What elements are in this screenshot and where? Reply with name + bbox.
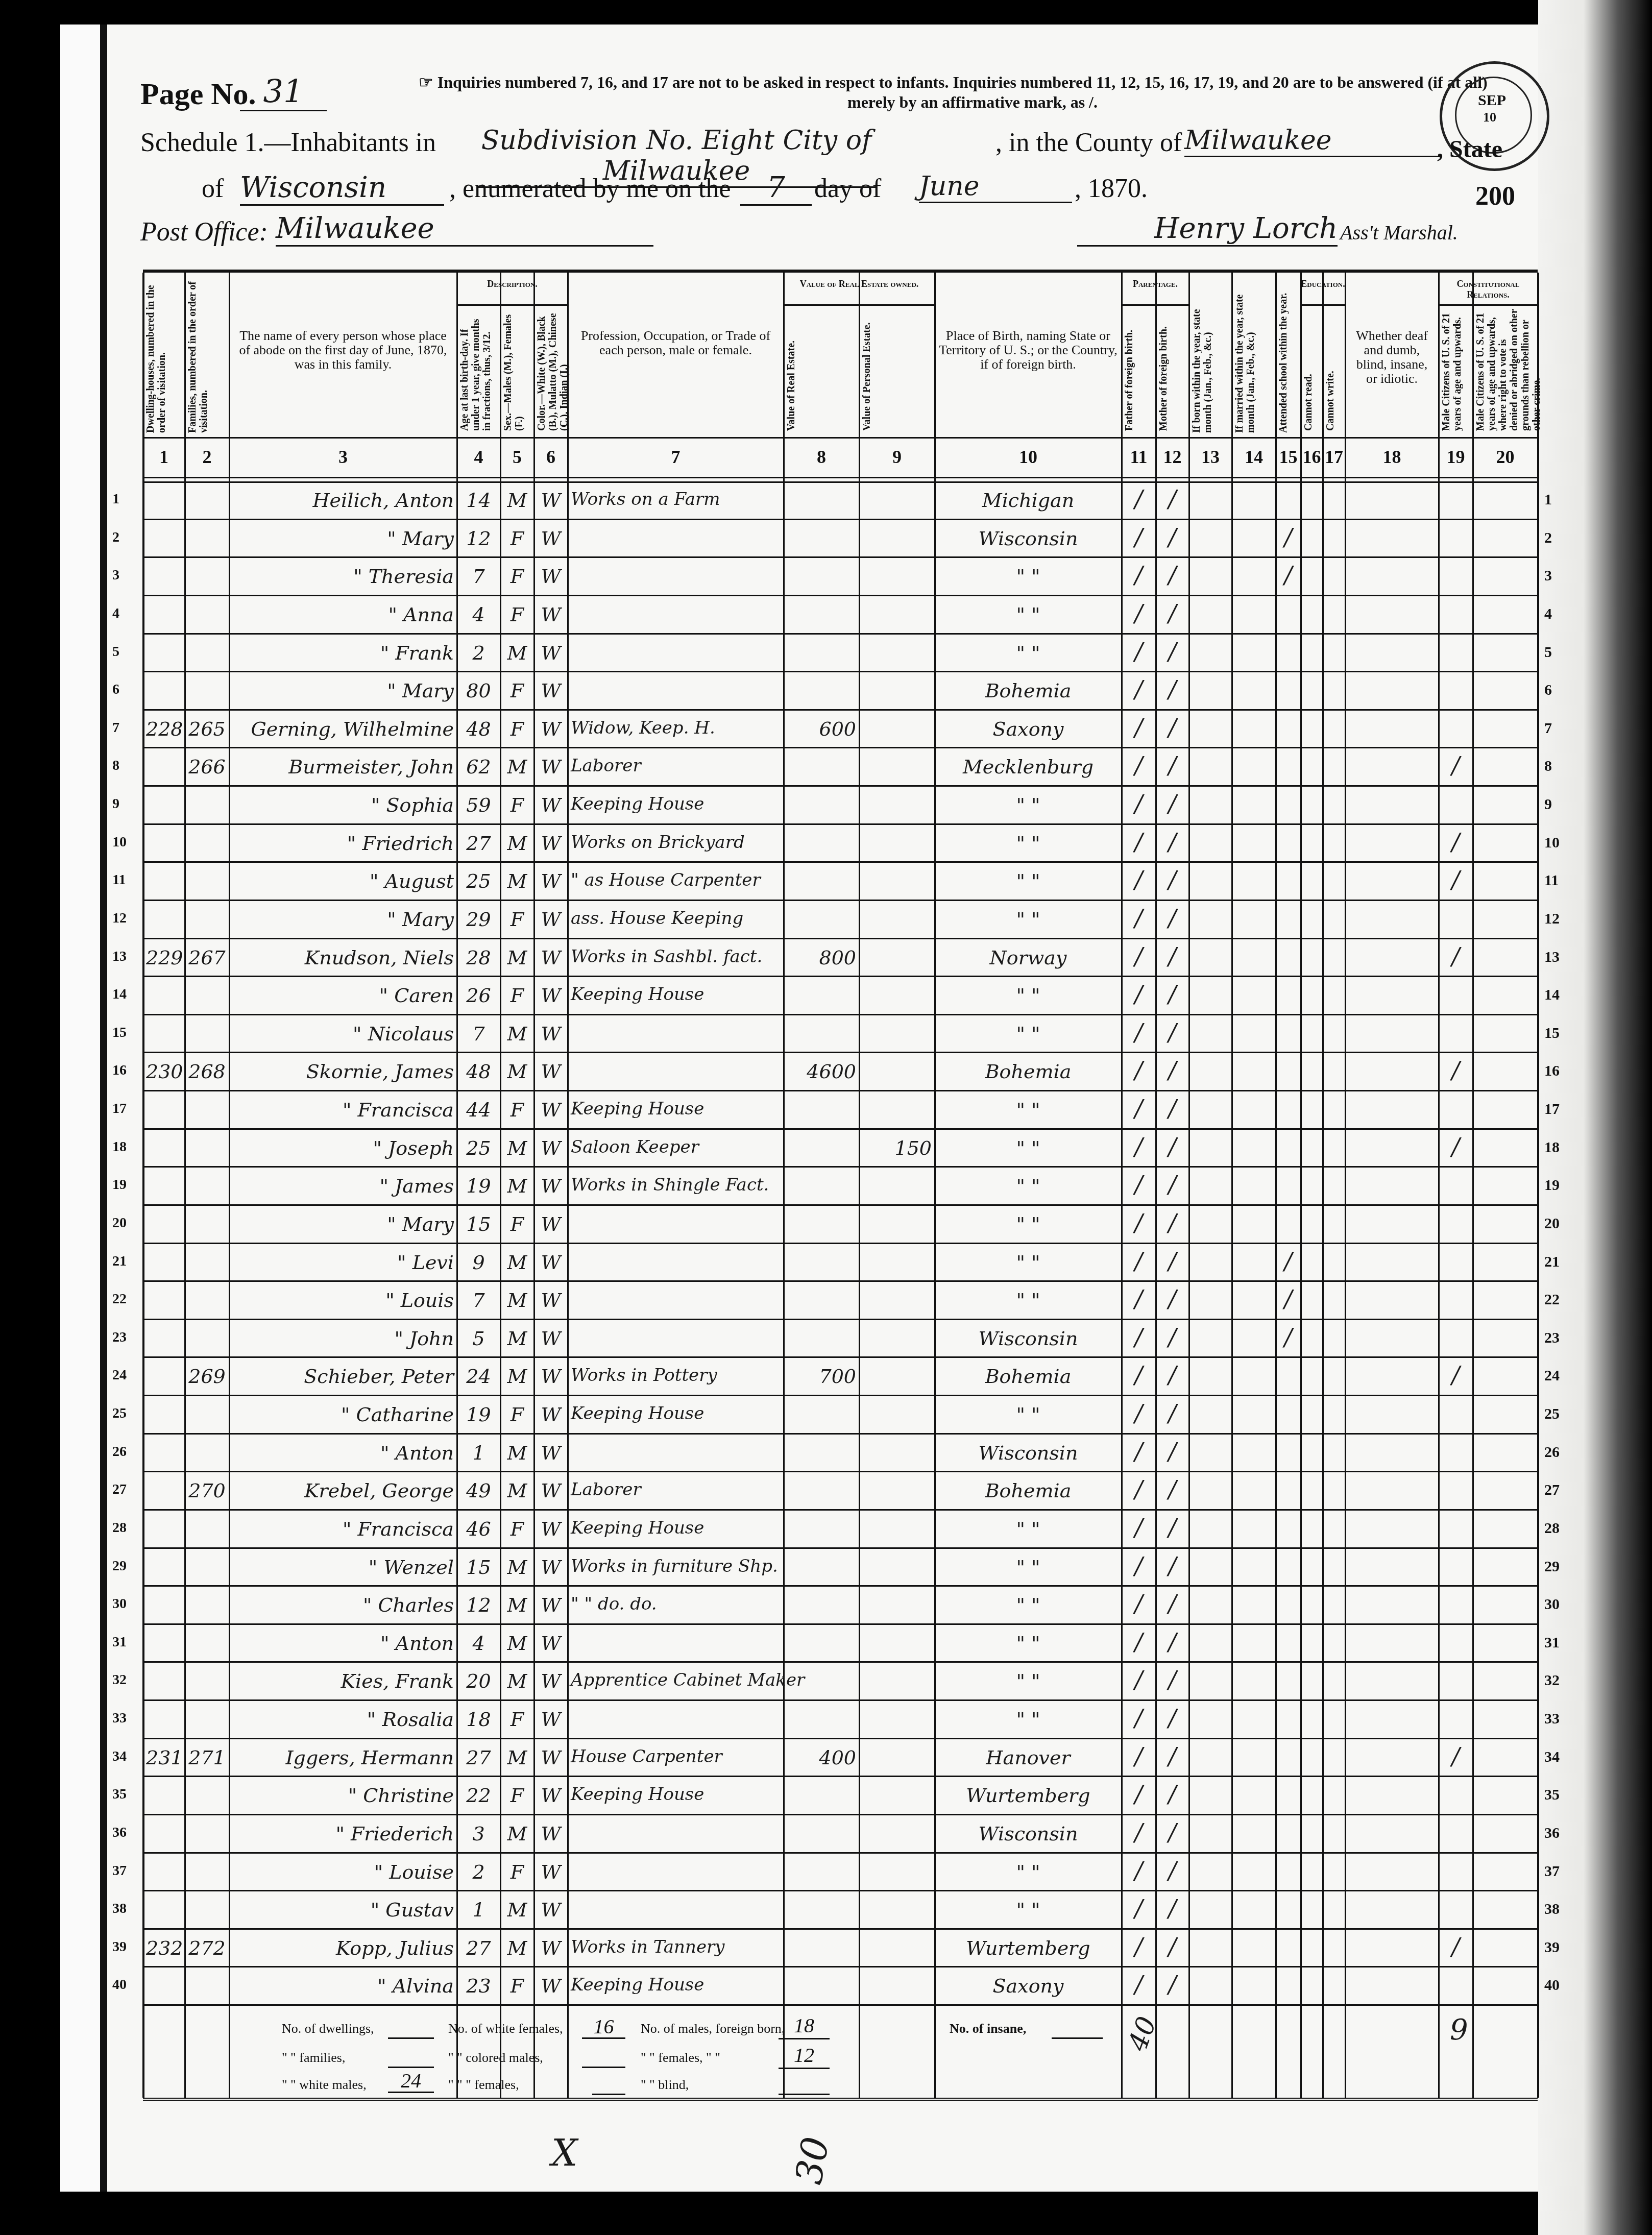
- cell-occupation: Keeping House: [571, 1784, 781, 1805]
- cell-sex: M: [503, 1023, 531, 1045]
- cell-age: 26: [460, 984, 497, 1007]
- column-number-13: 13: [1189, 446, 1232, 474]
- table-row: 3333" Rosalia18FW" "//: [143, 1701, 1538, 1739]
- cell-mother-foreign: /: [1159, 1209, 1186, 1236]
- cell-sex: F: [503, 1975, 531, 1997]
- cell-age: 49: [460, 1479, 497, 1502]
- families-label: " " families,: [282, 2050, 345, 2066]
- cell-sex: M: [503, 1823, 531, 1845]
- cell-father-foreign: /: [1125, 1514, 1153, 1541]
- cell-color: W: [537, 718, 565, 740]
- state-label: , State: [1437, 135, 1502, 163]
- cell-father-foreign: /: [1125, 1552, 1153, 1580]
- cell-name: " Anton: [232, 1442, 454, 1464]
- line-number: 8: [112, 758, 119, 774]
- cell-name: " Louise: [232, 1861, 454, 1883]
- year-label: , 1870.: [1075, 174, 1148, 204]
- cell-name: " Mary: [232, 908, 454, 931]
- cell-birthplace: " ": [938, 1023, 1119, 1045]
- line-number-right: 20: [1544, 1215, 1560, 1232]
- line-number: 23: [112, 1329, 127, 1346]
- cell-color: W: [537, 984, 565, 1007]
- column-group-parentage: Parentage.: [1122, 279, 1189, 306]
- line-number: 27: [112, 1481, 127, 1498]
- cell-father-foreign: /: [1125, 1018, 1153, 1046]
- census-table: Dwelling-houses, numbered in the order o…: [143, 270, 1538, 2101]
- cell-age: 25: [460, 1137, 497, 1159]
- cell-sex: F: [503, 1708, 531, 1731]
- table-row: 3838" Gustav1MW" "//: [143, 1891, 1538, 1930]
- cell-occupation: Laborer: [571, 756, 781, 776]
- cell-citizen: /: [1442, 1742, 1470, 1770]
- table-row: 33" Theresia7FW" "///: [143, 558, 1538, 596]
- cell-name: " August: [232, 870, 454, 892]
- line-number: 21: [112, 1253, 127, 1270]
- cell-birthplace: Saxony: [938, 1975, 1119, 1997]
- cell-mother-foreign: /: [1159, 523, 1186, 551]
- line-number: 29: [112, 1558, 127, 1574]
- table-row: 2828" Francisca46FWKeeping House" "//: [143, 1511, 1538, 1549]
- cell-birthplace: Wisconsin: [938, 1442, 1119, 1464]
- table-row: 1313229267Knudson, Niels28MWWorks in Sas…: [143, 939, 1538, 978]
- cell-name: " Wenzel: [232, 1556, 454, 1578]
- line-number-right: 40: [1544, 1977, 1560, 1994]
- cell-citizen: /: [1442, 751, 1470, 779]
- cell-occupation: " as House Carpenter: [571, 870, 781, 890]
- line-number: 13: [112, 949, 127, 965]
- line-number-right: 38: [1544, 1901, 1560, 1918]
- cell-mother-foreign: /: [1159, 1780, 1186, 1808]
- column-header-8: Value of Real Estate.: [786, 308, 857, 431]
- cell-sex: F: [503, 984, 531, 1007]
- cell-birthplace: Bohemia: [938, 679, 1119, 702]
- cell-age: 7: [460, 1023, 497, 1045]
- cell-real-estate: 800: [787, 946, 856, 969]
- cell-birthplace: " ": [938, 1099, 1119, 1121]
- cell-mother-foreign: /: [1159, 1514, 1186, 1541]
- left-margin-strip: [60, 25, 107, 2192]
- cell-age: 23: [460, 1975, 497, 1997]
- cell-color: W: [537, 1289, 565, 1311]
- table-row: 1414" Caren26FWKeeping House" "//: [143, 977, 1538, 1015]
- cell-birthplace: Wurtemberg: [938, 1937, 1119, 1959]
- cell-color: W: [537, 1784, 565, 1807]
- stamp-month: SEP: [1478, 92, 1506, 109]
- cell-color: W: [537, 1861, 565, 1883]
- column-header-7: Profession, Occupation, or Trade of each…: [572, 329, 780, 357]
- line-number: 5: [112, 644, 119, 660]
- column-header-3: The name of every person whose place of …: [233, 329, 453, 372]
- line-number-right: 27: [1544, 1481, 1560, 1499]
- cell-name: Heilich, Anton: [232, 489, 454, 512]
- males-foreign-label: No. of males, foreign born,: [641, 2021, 785, 2036]
- line-number-right: 35: [1544, 1786, 1560, 1804]
- line-number-right: 13: [1544, 949, 1560, 966]
- cell-birthplace: " ": [938, 1899, 1119, 1921]
- cell-color: W: [537, 1975, 565, 1997]
- cell-color: W: [537, 489, 565, 512]
- cell-mother-foreign: /: [1159, 1475, 1186, 1503]
- cell-name: " Friedrich: [232, 832, 454, 855]
- header-divider: [143, 437, 1538, 439]
- cell-real-estate: 400: [787, 1746, 856, 1769]
- line-number-right: 9: [1544, 796, 1552, 813]
- cell-school: /: [1279, 523, 1298, 551]
- table-row: 99" Sophia59FWKeeping House" "//: [143, 787, 1538, 825]
- cell-mother-foreign: /: [1159, 790, 1186, 817]
- cell-color: W: [537, 1670, 565, 1692]
- cell-age: 9: [460, 1251, 497, 1274]
- column-header-9: Value of Personal Estate.: [861, 308, 933, 431]
- line-number-right: 21: [1544, 1253, 1560, 1271]
- colored-females-value: [592, 2072, 625, 2095]
- line-number: 11: [112, 872, 126, 888]
- cell-age: 4: [460, 603, 497, 626]
- line-number: 2: [112, 529, 119, 546]
- cell-father-foreign: /: [1125, 1399, 1153, 1427]
- cell-occupation: Works in furniture Shp.: [571, 1556, 781, 1576]
- cell-sex: M: [503, 1327, 531, 1350]
- cell-sex: F: [503, 718, 531, 740]
- cell-name: " John: [232, 1327, 454, 1350]
- col11-total: 40: [1123, 2013, 1163, 2055]
- table-row: 1212" Mary29FWass. House Keeping" "//: [143, 901, 1538, 939]
- line-number-right: 12: [1544, 910, 1560, 928]
- line-number-right: 36: [1544, 1825, 1560, 1842]
- cell-mother-foreign: /: [1159, 1666, 1186, 1693]
- cell-occupation: Keeping House: [571, 984, 781, 1005]
- cell-mother-foreign: /: [1159, 828, 1186, 856]
- cell-name: " Francisca: [232, 1518, 454, 1540]
- line-number: 12: [112, 910, 127, 927]
- cell-birthplace: " ": [938, 1861, 1119, 1883]
- table-row: 1010" Friedrich27MWWorks on Brickyard" "…: [143, 825, 1538, 863]
- line-number-right: 6: [1544, 682, 1552, 699]
- cell-sex: M: [503, 489, 531, 512]
- line-number: 34: [112, 1748, 127, 1765]
- line-number-right: 8: [1544, 758, 1552, 775]
- column-number-19: 19: [1439, 446, 1473, 474]
- cell-father-foreign: /: [1125, 1475, 1153, 1503]
- line-number-right: 24: [1544, 1367, 1560, 1384]
- cell-occupation: Keeping House: [571, 794, 781, 814]
- cell-birthplace: Bohemia: [938, 1060, 1119, 1083]
- cell-father-foreign: /: [1125, 675, 1153, 703]
- cell-birthplace: Mecklenburg: [938, 756, 1119, 778]
- line-number: 10: [112, 834, 127, 851]
- line-number-right: 26: [1544, 1444, 1560, 1461]
- line-number: 20: [112, 1215, 127, 1231]
- marshal-label: Ass't Marshal.: [1340, 221, 1458, 245]
- line-number-right: 18: [1544, 1139, 1560, 1156]
- table-row: 2121" Levi9MW" "///: [143, 1244, 1538, 1282]
- line-number-right: 39: [1544, 1939, 1560, 1956]
- insane-label: No. of insane,: [950, 2021, 1026, 2036]
- cell-birthplace: " ": [938, 1137, 1119, 1159]
- cell-school: /: [1279, 1247, 1298, 1275]
- cell-sex: M: [503, 870, 531, 892]
- cell-birthplace: Hanover: [938, 1746, 1119, 1769]
- cell-age: 59: [460, 794, 497, 816]
- cell-mother-foreign: /: [1159, 1704, 1186, 1732]
- line-number-right: 3: [1544, 567, 1552, 585]
- cell-dwelling: 228: [146, 718, 182, 740]
- table-row: 11Heilich, Anton14MWWorks on a FarmMichi…: [143, 482, 1538, 520]
- line-number: 32: [112, 1672, 127, 1688]
- line-number: 18: [112, 1139, 127, 1155]
- females-foreign-label: " " females, " ": [641, 2050, 720, 2066]
- cell-name: " Anna: [232, 603, 454, 626]
- cell-age: 27: [460, 1937, 497, 1959]
- cell-color: W: [537, 1556, 565, 1578]
- cell-father-foreign: /: [1125, 485, 1153, 513]
- cell-family: 267: [188, 946, 226, 969]
- cell-father-foreign: /: [1125, 523, 1153, 551]
- cell-color: W: [537, 1823, 565, 1845]
- cell-birthplace: " ": [938, 832, 1119, 855]
- table-row: 4040" Alvina23FWKeeping HouseSaxony//: [143, 1967, 1538, 2006]
- column-number-6: 6: [534, 446, 568, 474]
- cell-father-foreign: /: [1125, 1133, 1153, 1160]
- cell-sex: F: [503, 679, 531, 702]
- cell-sex: F: [503, 1861, 531, 1883]
- table-row: 2525" Catharine19FWKeeping House" "//: [143, 1396, 1538, 1435]
- cell-occupation: Works in Shingle Fact.: [571, 1175, 781, 1195]
- cell-mother-foreign: /: [1159, 1171, 1186, 1198]
- dwellings-value: [388, 2016, 434, 2039]
- table-row: 3030" Charles12MW" " do. do." "//: [143, 1587, 1538, 1625]
- cell-sex: F: [503, 1784, 531, 1807]
- cell-name: " Louis: [232, 1289, 454, 1311]
- cell-father-foreign: /: [1125, 1818, 1153, 1846]
- cell-age: 7: [460, 565, 497, 588]
- cell-birthplace: Norway: [938, 946, 1119, 969]
- cell-father-foreign: /: [1125, 980, 1153, 1008]
- cell-sex: F: [503, 1099, 531, 1121]
- cell-age: 28: [460, 946, 497, 969]
- cell-father-foreign: /: [1125, 1894, 1153, 1922]
- cell-age: 15: [460, 1213, 497, 1235]
- cell-age: 1: [460, 1442, 497, 1464]
- cell-occupation: Keeping House: [571, 1099, 781, 1119]
- cell-age: 27: [460, 1746, 497, 1769]
- cell-sex: F: [503, 1518, 531, 1540]
- cell-color: W: [537, 832, 565, 855]
- cell-name: " James: [232, 1175, 454, 1197]
- cell-name: " Joseph: [232, 1137, 454, 1159]
- column-number-15: 15: [1276, 446, 1301, 474]
- summary-section: No. of dwellings, " " families, " " whit…: [143, 2008, 1538, 2095]
- line-number: 37: [112, 1863, 127, 1879]
- county-label: , in the County of: [995, 128, 1182, 158]
- cell-mother-foreign: /: [1159, 1323, 1186, 1351]
- cell-occupation: Laborer: [571, 1479, 781, 1500]
- cell-father-foreign: /: [1125, 942, 1153, 970]
- cell-mother-foreign: /: [1159, 1818, 1186, 1846]
- table-row: 66" Mary80FWBohemia//: [143, 672, 1538, 711]
- table-row: 1717" Francisca44FWKeeping House" "//: [143, 1091, 1538, 1130]
- cell-dwelling: 230: [146, 1060, 182, 1083]
- cell-mother-foreign: /: [1159, 1742, 1186, 1770]
- line-number: 25: [112, 1405, 127, 1422]
- table-row: 55" Frank2MW" "//: [143, 635, 1538, 673]
- cell-color: W: [537, 527, 565, 550]
- column-number-10: 10: [935, 446, 1122, 474]
- line-number-right: 30: [1544, 1596, 1560, 1613]
- cell-name: Schieber, Peter: [232, 1365, 454, 1388]
- cell-birthplace: Saxony: [938, 718, 1119, 740]
- x-mark: X: [551, 2131, 577, 2174]
- cell-name: Gerning, Wilhelmine: [232, 718, 454, 740]
- table-row: 22" Mary12FWWisconsin///: [143, 520, 1538, 558]
- cell-occupation: Keeping House: [571, 1518, 781, 1538]
- inquiries-note-2: merely by an affirmative mark, as /.: [847, 93, 1098, 112]
- cell-birthplace: " ": [938, 1556, 1119, 1578]
- colored-males-label: " " colored males,: [448, 2050, 543, 2066]
- cell-age: 80: [460, 679, 497, 702]
- column-header-17: Cannot write.: [1325, 308, 1343, 431]
- day-of-label: day of: [814, 174, 881, 204]
- cell-birthplace: " ": [938, 794, 1119, 816]
- cell-occupation: Apprentice Cabinet Maker: [571, 1670, 781, 1690]
- cell-age: 2: [460, 1861, 497, 1883]
- dwellings-label: No. of dwellings,: [282, 2021, 374, 2036]
- column-number-1: 1: [143, 446, 185, 474]
- cell-family: 268: [188, 1060, 226, 1083]
- cell-name: Krebel, George: [232, 1479, 454, 1502]
- white-males-value: 24: [388, 2069, 434, 2093]
- cell-name: " Friederich: [232, 1823, 454, 1845]
- column-number-7: 7: [568, 446, 784, 474]
- cell-mother-foreign: /: [1159, 866, 1186, 893]
- cell-father-foreign: /: [1125, 1628, 1153, 1656]
- cell-name: Knudson, Niels: [232, 946, 454, 969]
- cell-color: W: [537, 1213, 565, 1235]
- cell-family: 270: [188, 1479, 226, 1502]
- cell-dwelling: 231: [146, 1746, 182, 1769]
- stamped-page-number: 200: [1475, 181, 1515, 211]
- cell-father-foreign: /: [1125, 1971, 1153, 1998]
- cell-mother-foreign: /: [1159, 1552, 1186, 1580]
- cell-school: /: [1279, 561, 1298, 589]
- column-header-10: Place of Birth, naming State or Territor…: [939, 329, 1117, 372]
- cell-sex: F: [503, 565, 531, 588]
- column-number-11: 11: [1122, 446, 1156, 474]
- cell-birthplace: " ": [938, 1175, 1119, 1197]
- column-header-18: Whether deaf and dumb, blind, insane, or…: [1349, 329, 1435, 386]
- schedule-label: Schedule 1.—Inhabitants in: [140, 128, 436, 158]
- cell-citizen: /: [1442, 1133, 1470, 1160]
- cell-color: W: [537, 1175, 565, 1197]
- cell-father-foreign: /: [1125, 638, 1153, 665]
- line-number: 24: [112, 1367, 127, 1383]
- cell-birthplace: " ": [938, 1289, 1119, 1311]
- cell-mother-foreign: /: [1159, 1285, 1186, 1313]
- column-header-19: Male Citizens of U. S. of 21 years of ag…: [1441, 308, 1471, 431]
- month-field: June: [919, 171, 1072, 203]
- cell-occupation: Saloon Keeper: [571, 1137, 781, 1157]
- cell-father-foreign: /: [1125, 1438, 1153, 1465]
- table-row: 88266Burmeister, John62MWLaborerMecklenb…: [143, 748, 1538, 787]
- line-number: 33: [112, 1710, 127, 1727]
- families-value: [388, 2045, 434, 2068]
- line-number-right: 14: [1544, 986, 1560, 1004]
- cell-occupation: Works on Brickyard: [571, 832, 781, 853]
- cell-sex: F: [503, 1403, 531, 1426]
- cell-mother-foreign: /: [1159, 1971, 1186, 1998]
- cell-citizen: /: [1442, 828, 1470, 856]
- line-number-right: 5: [1544, 644, 1552, 661]
- cell-birthplace: " ": [938, 870, 1119, 892]
- cell-mother-foreign: /: [1159, 485, 1186, 513]
- line-number-right: 37: [1544, 1863, 1560, 1880]
- cell-birthplace: " ": [938, 565, 1119, 588]
- line-number-right: 16: [1544, 1062, 1560, 1080]
- cell-school: /: [1279, 1285, 1298, 1313]
- cell-age: 44: [460, 1099, 497, 1121]
- cell-birthplace: Michigan: [938, 489, 1119, 512]
- cell-occupation: ass. House Keeping: [571, 908, 781, 929]
- cell-father-foreign: /: [1125, 1285, 1153, 1313]
- cell-color: W: [537, 1899, 565, 1921]
- cell-name: " Caren: [232, 984, 454, 1007]
- cell-mother-foreign: /: [1159, 638, 1186, 665]
- cell-color: W: [537, 1594, 565, 1616]
- cell-sex: M: [503, 1479, 531, 1502]
- table-row: 3737" Louise2FW" "//: [143, 1854, 1538, 1892]
- cell-color: W: [537, 1746, 565, 1769]
- cell-mother-foreign: /: [1159, 1933, 1186, 1960]
- cell-birthplace: Wisconsin: [938, 527, 1119, 550]
- column-header-16: Cannot read.: [1303, 308, 1321, 431]
- table-row: 44" Anna4FW" "//: [143, 596, 1538, 635]
- table-row: 1616230268Skornie, James48MW4600Bohemia/…: [143, 1053, 1538, 1091]
- line-number: 17: [112, 1101, 127, 1117]
- cell-mother-foreign: /: [1159, 1894, 1186, 1922]
- table-row: 1919" James19MWWorks in Shingle Fact." "…: [143, 1168, 1538, 1206]
- cell-name: " Sophia: [232, 794, 454, 816]
- cell-age: 18: [460, 1708, 497, 1731]
- cell-sex: M: [503, 1442, 531, 1464]
- column-number-16: 16: [1301, 446, 1323, 474]
- cell-name: " Rosalia: [232, 1708, 454, 1731]
- cell-sex: M: [503, 1060, 531, 1083]
- cell-age: 25: [460, 870, 497, 892]
- cell-occupation: Works on a Farm: [571, 489, 781, 509]
- cell-father-foreign: /: [1125, 1780, 1153, 1808]
- line-number-right: 17: [1544, 1101, 1560, 1118]
- line-number-right: 33: [1544, 1710, 1560, 1728]
- cell-real-estate: 600: [787, 718, 856, 740]
- line-number: 19: [112, 1177, 127, 1193]
- cell-family: 265: [188, 718, 226, 740]
- line-number: 22: [112, 1291, 127, 1307]
- cell-mother-foreign: /: [1159, 751, 1186, 779]
- cell-mother-foreign: /: [1159, 1438, 1186, 1465]
- cell-mother-foreign: /: [1159, 1056, 1186, 1084]
- cell-color: W: [537, 603, 565, 626]
- cell-family: 266: [188, 756, 226, 778]
- cell-color: W: [537, 946, 565, 969]
- cell-father-foreign: /: [1125, 866, 1153, 893]
- cell-color: W: [537, 1479, 565, 1502]
- column-number-18: 18: [1345, 446, 1439, 474]
- cell-color: W: [537, 794, 565, 816]
- line-number-right: 7: [1544, 720, 1552, 737]
- table-row: 3939232272Kopp, Julius27MWWorks in Tanne…: [143, 1930, 1538, 1968]
- column-header-6: Color.—White (W.), Black (B.), Mulatto (…: [536, 308, 566, 431]
- cell-birthplace: " ": [938, 642, 1119, 664]
